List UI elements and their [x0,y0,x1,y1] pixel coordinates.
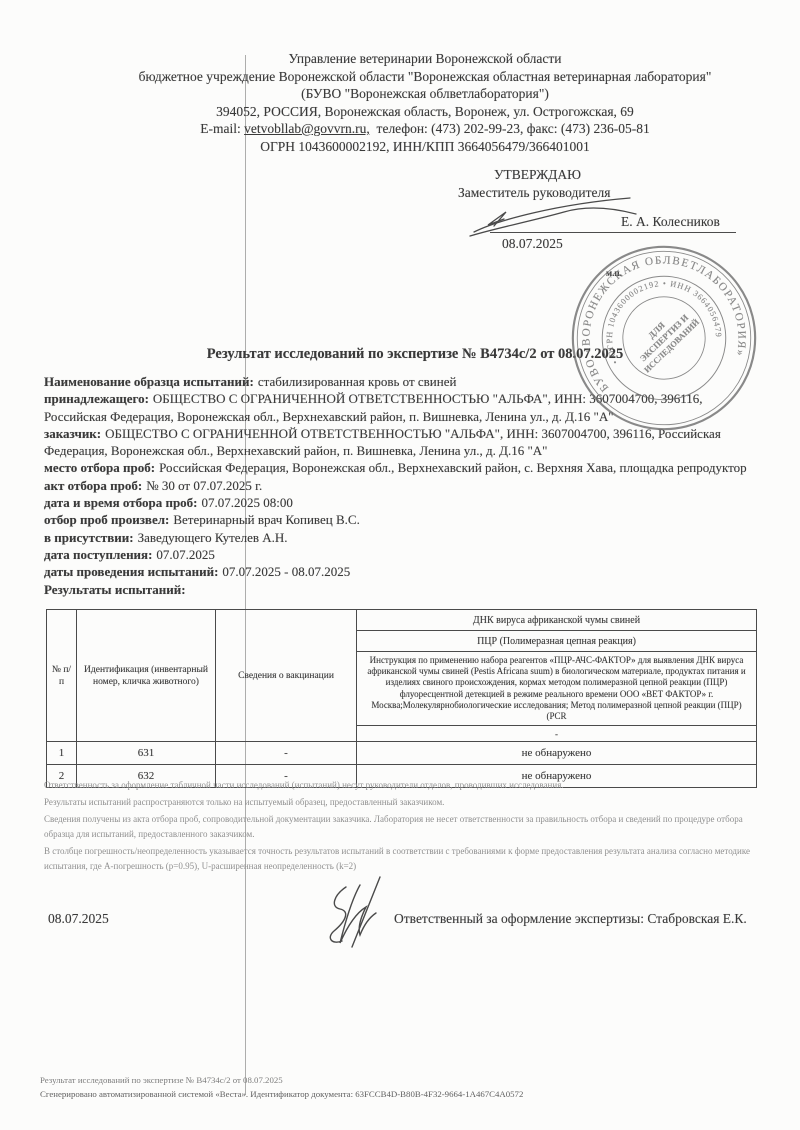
footnote: Результаты испытаний распространяются то… [44,795,760,810]
document-page: Управление ветеринарии Воронежской облас… [0,0,800,1130]
detail-label: отбор проб произвел: [44,512,169,527]
footnote: Сведения получены из акта отбора проб, с… [44,812,760,842]
detail-label: заказчик: [44,426,101,441]
detail-value: Российская Федерация, Воронежская обл., … [159,460,747,475]
detail-line: в присутствии:Заведующего Кутелев А.Н. [44,529,760,546]
table-row: 1 631 - не обнаружено [47,742,757,765]
detail-line: отбор проб произвел:Ветеринарный врач Ко… [44,511,760,528]
email-label: E-mail: [200,121,241,136]
col-header-identification: Идентификация (инвентарный номер, кличка… [77,610,216,742]
detail-value: № 30 от 07.07.2025 г. [146,478,262,493]
detail-line: даты проведения испытаний:07.07.2025 - 0… [44,563,760,580]
detail-line: дата поступления:07.07.2025 [44,546,760,563]
org-ogrn-inn: ОГРН 1043600002192, ИНН/КПП 3664056479/3… [55,138,795,156]
detail-value: 07.07.2025 08:00 [202,495,293,510]
footer-line2: Сгенерировано автоматизированной системо… [40,1088,760,1102]
detail-label: принадлежащего: [44,391,149,406]
org-name-line3: (БУВО "Воронежская облветлаборатория") [55,85,795,103]
page-footer: Результат исследований по экспертизе № В… [40,1074,760,1101]
footnote: В столбце погрешность/неопределенность у… [44,844,760,874]
detail-label: Результаты испытаний: [44,582,186,597]
col-header-group: ДНК вируса африканской чумы свиней [357,610,757,631]
responsible-label: Ответственный за оформление экспертизы: … [394,911,747,927]
detail-label: дата и время отбора проб: [44,495,198,510]
detail-value: 07.07.2025 - 08.07.2025 [222,564,350,579]
detail-value: стабилизированная кровь от свиней [258,374,457,389]
org-header: Управление ветеринарии Воронежской облас… [55,50,795,155]
detail-value: Ветеринарный врач Копивец В.С. [173,512,359,527]
detail-line: акт отбора проб:№ 30 от 07.07.2025 г. [44,477,760,494]
col-header-vaccination: Сведения о вакцинации [216,610,357,742]
results-table-wrap: № п/п Идентификация (инвентарный номер, … [46,609,757,788]
email-link[interactable]: vetvobllab@govvrn.ru, [244,121,370,136]
detail-label: дата поступления: [44,547,152,562]
cell-vacc: - [216,742,357,765]
stamp-outer-ring-text: БУВО «ВОРОНЕЖСКАЯ ОБЛВЕТЛАБОРАТОРИЯ» [563,237,755,397]
col-header-method: Инструкция по применению набора реагенто… [357,652,757,726]
org-name-line2: бюджетное учреждение Воронежской области… [55,68,795,86]
detail-line: Результаты испытаний: [44,581,760,598]
detail-label: в присутствии: [44,530,134,545]
cell-result: не обнаружено [357,742,757,765]
cell-num: 1 [47,742,77,765]
detail-line: место отбора проб:Российская Федерация, … [44,459,760,476]
phone-fax: телефон: (473) 202-99-23, факс: (473) 23… [377,121,650,136]
footer-line1: Результат исследований по экспертизе № В… [40,1074,760,1088]
detail-label: акт отбора проб: [44,478,142,493]
detail-value: 07.07.2025 [156,547,215,562]
approval-date: 08.07.2025 [502,236,563,252]
approve-label: УТВЕРЖДАЮ [494,167,581,183]
org-contacts: E-mail: vetvobllab@govvrn.ru, телефон: (… [55,120,795,138]
col-header-num: № п/п [47,610,77,742]
col-header-subgroup: ПЦР (Полимеразная цепная реакция) [357,631,757,652]
detail-value: Заведующего Кутелев А.Н. [138,530,288,545]
detail-label: место отбора проб: [44,460,155,475]
org-name-line1: Управление ветеринарии Воронежской облас… [55,50,795,68]
results-table: № п/п Идентификация (инвентарный номер, … [46,609,757,788]
detail-label: даты проведения испытаний: [44,564,218,579]
footnotes: Ответственность за оформление табличной … [44,778,760,876]
col-header-dash: - [357,726,757,742]
responsible-signature [316,873,390,951]
detail-label: Наименование образца испытаний: [44,374,254,389]
org-address: 394052, РОССИЯ, Воронежская область, Вор… [55,103,795,121]
detail-line: дата и время отбора проб:07.07.2025 08:0… [44,494,760,511]
footnote: Ответственность за оформление табличной … [44,778,760,793]
cell-id: 631 [77,742,216,765]
page-title: Результат исследований по экспертизе № В… [207,346,624,363]
bottom-date: 08.07.2025 [48,911,109,927]
